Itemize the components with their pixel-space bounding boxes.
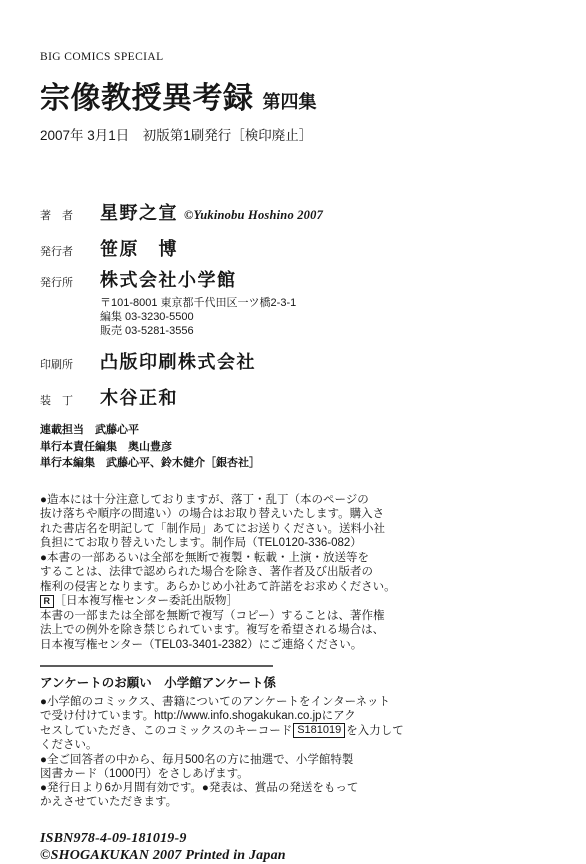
designer-name: 木谷正和 xyxy=(100,386,178,410)
publisher-person-label: 発行者 xyxy=(40,243,100,259)
survey-keycode-suffix: を入力して xyxy=(346,724,404,738)
jrrc-mark-icon: R xyxy=(40,595,54,608)
jrrc-label: ［日本複写権センター委託出版物］ xyxy=(55,594,239,609)
colophon-page: BIG COMICS SPECIAL 宗像教授異考録 第四集 2007年 3月1… xyxy=(0,0,586,864)
designer-label: 装 丁 xyxy=(40,392,100,408)
printer-label: 印刷所 xyxy=(40,356,100,372)
volume-label: 第四集 xyxy=(263,88,317,114)
edition-line: 2007年 3月1日 初版第1刷発行［検印廃止］ xyxy=(40,127,546,144)
printer-row: 印刷所 凸版印刷株式会社 xyxy=(40,350,546,374)
isbn-number: ISBN978-4-09-181019-9 xyxy=(40,831,546,848)
survey-heading: アンケートのお願い 小学館アンケート係 xyxy=(40,675,546,692)
author-copyright: ©Yukinobu Hoshino 2007 xyxy=(184,208,323,223)
staff-credits: 連載担当 武藤心平単行本責任編集 奥山豊彦単行本編集 武藤心平、鈴木健介［銀杏社… xyxy=(40,422,546,472)
publisher-address: 〒101-8001 東京都千代田区一ツ橋2-3-1編集 03-3230-5500… xyxy=(100,296,296,338)
author-name: 星野之宣 xyxy=(100,201,178,225)
title-row: 宗像教授異考録 第四集 xyxy=(40,73,546,117)
publisher-company-info: 株式会社小学館 〒101-8001 東京都千代田区一ツ橋2-3-1編集 03-3… xyxy=(100,268,296,338)
legal-notices: ●造本には十分注意しておりますが、落丁・乱丁（本のページの抜け落ちや順序の間違い… xyxy=(40,493,546,653)
author-label: 著 者 xyxy=(40,207,100,223)
survey-keycode-line: セスしていただき、このコミックスのキーコード S181019 を入力して xyxy=(40,723,546,738)
section-divider xyxy=(40,665,273,667)
colophon-block: 著 者 星野之宣 ©Yukinobu Hoshino 2007 発行者 笹原 博… xyxy=(40,201,546,472)
survey-keycode-prefix: セスしていただき、このコミックスのキーコード xyxy=(40,724,292,738)
footer-block: ISBN978-4-09-181019-9 ©SHOGAKUKAN 2007 P… xyxy=(40,831,546,864)
publisher-company-label: 発行所 xyxy=(40,274,100,290)
survey-lines-bottom: ください。●全ご回答者の中から、毎月500名の方に抽選で、小学館特製図書カード（… xyxy=(40,738,546,809)
copy-prohibition-notice: 本書の一部または全部を無断で複写（コピー）することは、著作権法上での例外を除き禁… xyxy=(40,609,546,653)
survey-lines-top: ●小学館のコミックス、書籍についてのアンケートをインターネットで受け付けています… xyxy=(40,695,546,723)
jrrc-line: R ［日本複写権センター委託出版物］ xyxy=(40,594,546,609)
survey-notice: ●小学館のコミックス、書籍についてのアンケートをインターネットで受け付けています… xyxy=(40,695,546,809)
survey-keycode: S181019 xyxy=(293,723,345,738)
author-row: 著 者 星野之宣 ©Yukinobu Hoshino 2007 xyxy=(40,201,546,225)
publisher-person-name: 笹原 博 xyxy=(100,237,178,261)
series-label: BIG COMICS SPECIAL xyxy=(40,50,546,64)
defect-replacement-notice: ●造本には十分注意しておりますが、落丁・乱丁（本のページの抜け落ちや順序の間違い… xyxy=(40,493,546,595)
copyright-line: ©SHOGAKUKAN 2007 Printed in Japan xyxy=(40,848,546,864)
designer-row: 装 丁 木谷正和 xyxy=(40,386,546,410)
publisher-person-row: 発行者 笹原 博 xyxy=(40,237,546,261)
publisher-company-name: 株式会社小学館 xyxy=(100,268,296,292)
book-title: 宗像教授異考録 xyxy=(40,73,254,117)
printer-name: 凸版印刷株式会社 xyxy=(100,350,256,374)
publisher-company-row: 発行所 株式会社小学館 〒101-8001 東京都千代田区一ツ橋2-3-1編集 … xyxy=(40,268,546,338)
